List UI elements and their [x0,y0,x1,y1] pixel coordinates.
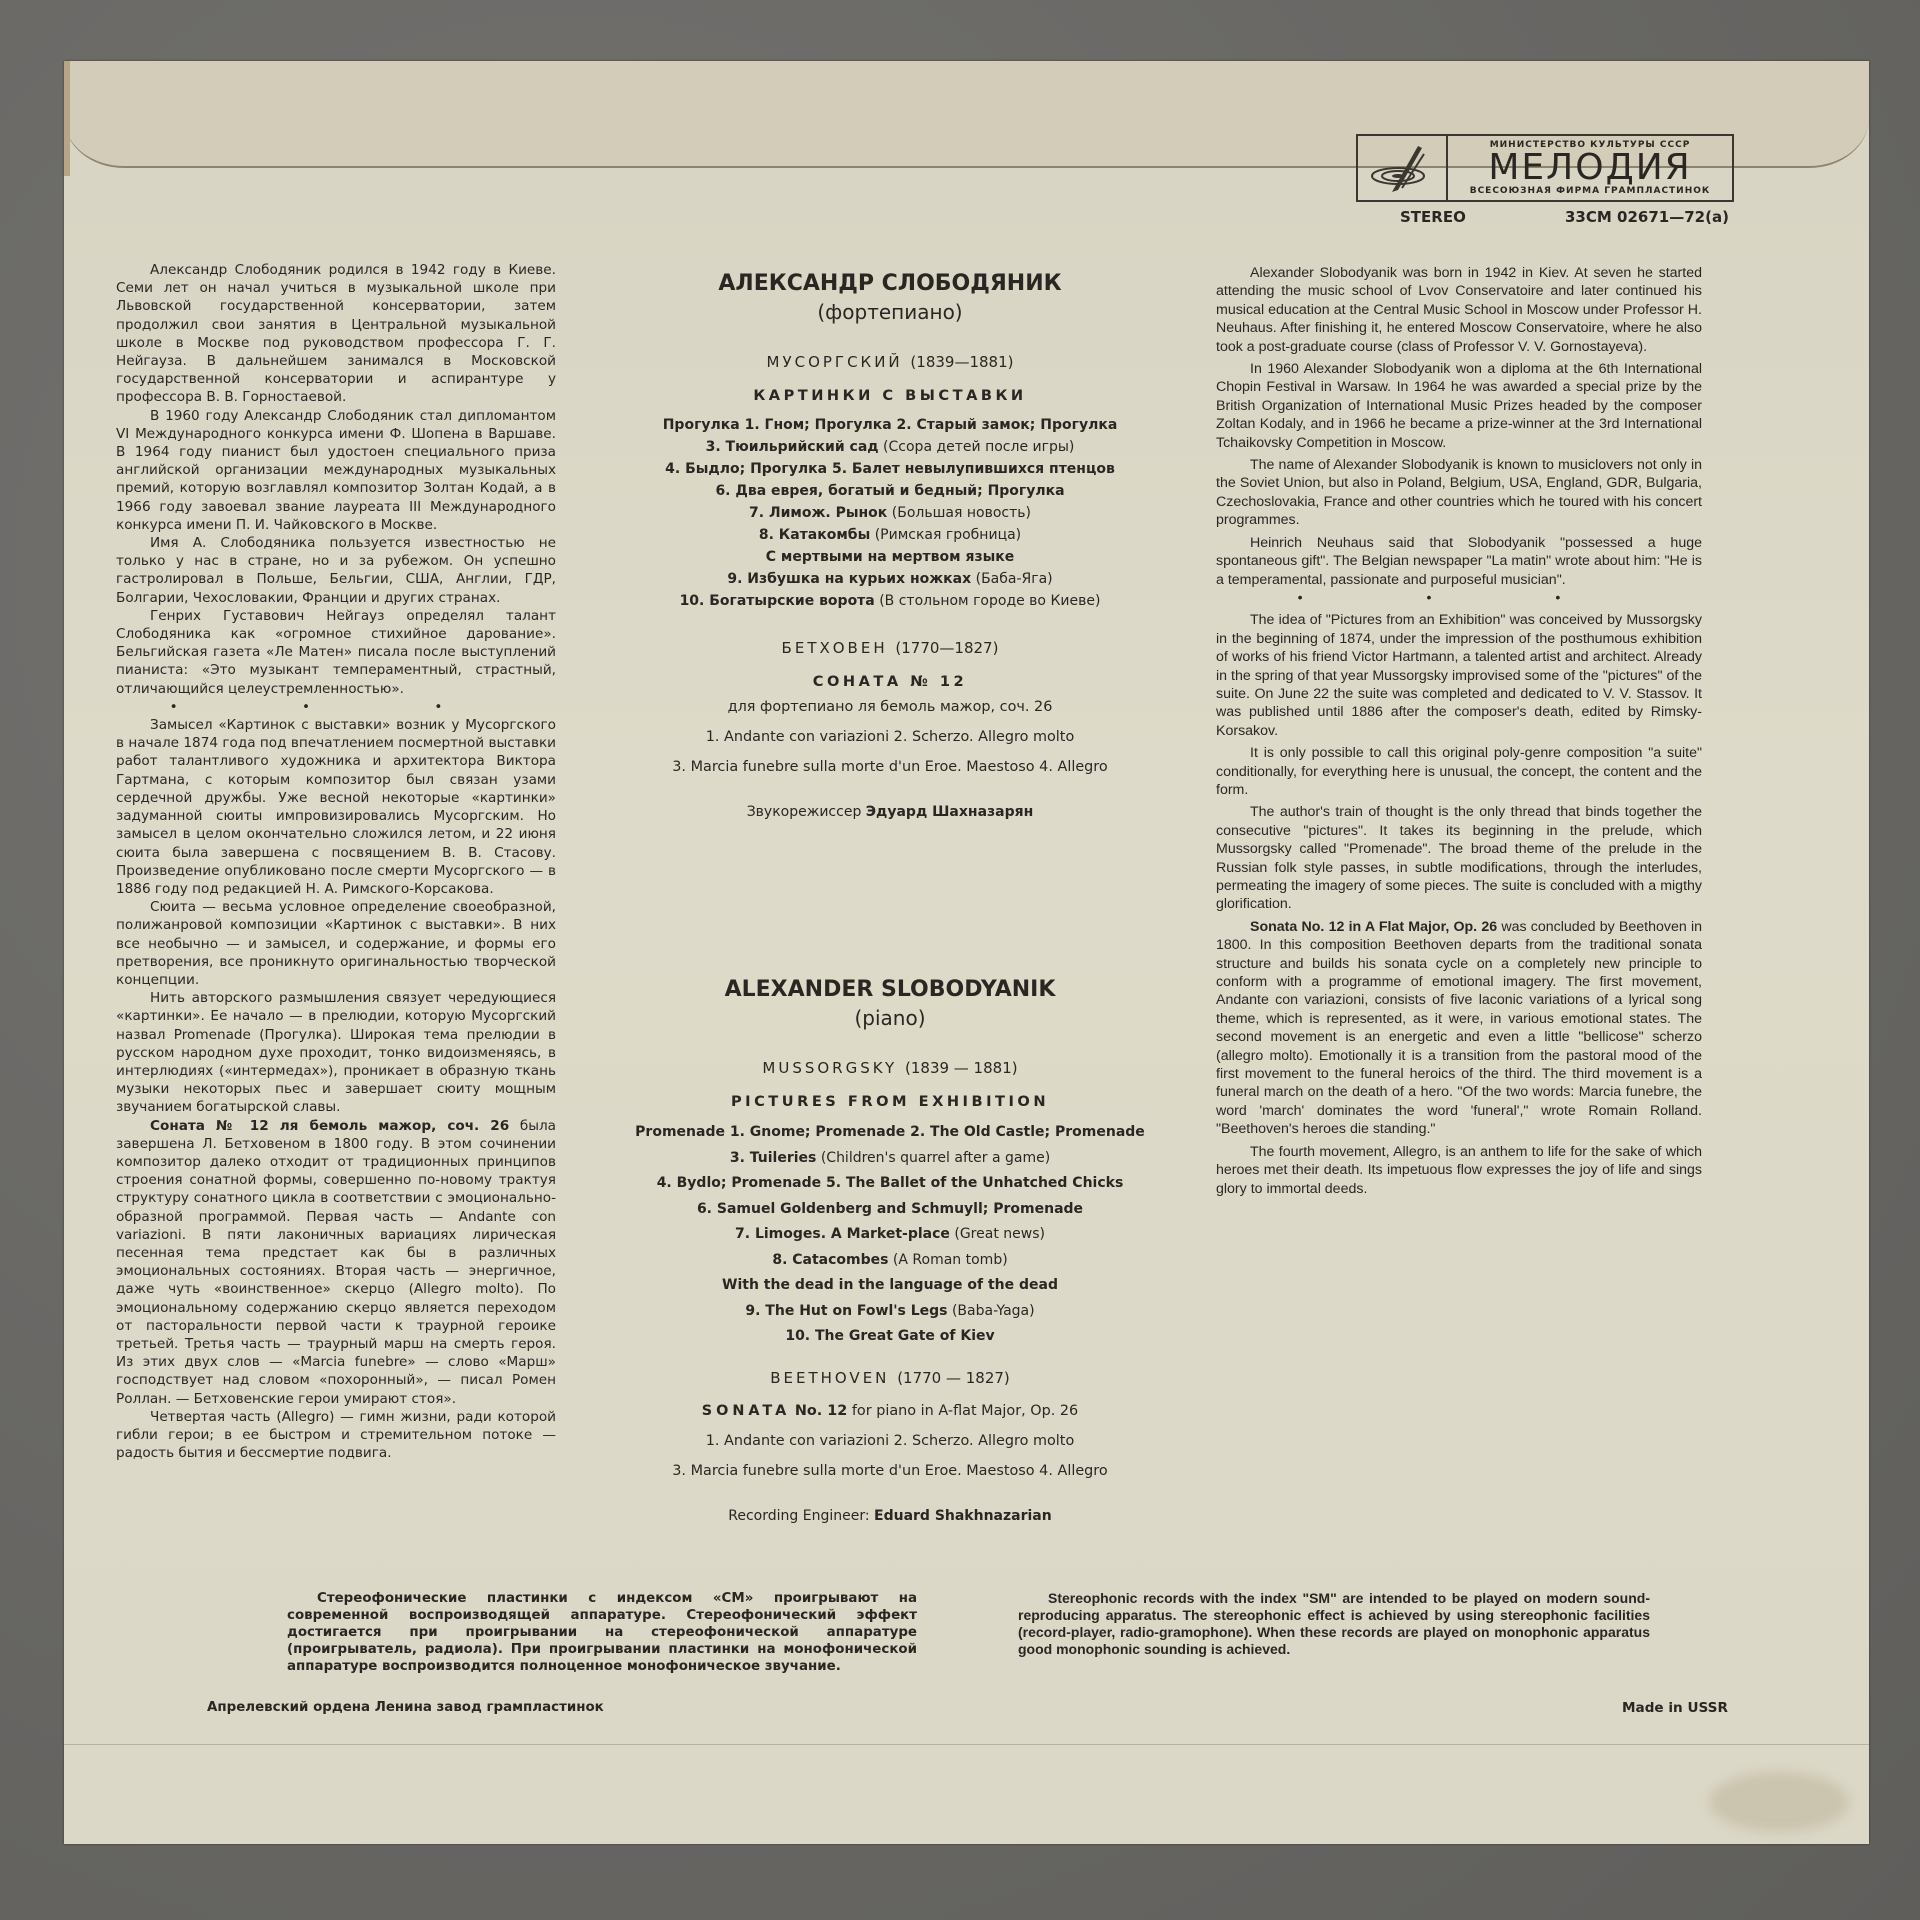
tracklist-russian: АЛЕКСАНДР СЛОБОДЯНИК (фортепиано) МУСОРГ… [580,270,1200,822]
track-line: 4. Быдло; Прогулка 5. Балет невылупивших… [580,458,1200,480]
composer-heading: MUSSORGSKY (1839 — 1881) [580,1058,1200,1078]
paragraph: In 1960 Alexander Slobodyanik won a dipl… [1216,360,1702,452]
format-label: STEREO [1400,208,1466,226]
performer-instrument: (фортепиано) [580,298,1200,326]
track-line: 3. Tuileries (Children's quarrel after a… [580,1146,1200,1172]
paragraph-sonata: Соната № 12 ля бемоль мажор, соч. 26 был… [116,1117,556,1408]
engineer-credit: Звукорежиссер Эдуард Шахназарян [580,802,1200,822]
paragraph: Alexander Slobodyanik was born in 1942 i… [1216,264,1702,356]
stereo-notice-english: Stereophonic records with the index "SM"… [1018,1590,1650,1658]
paragraph: Александр Слободяник родился в 1942 году… [116,261,556,407]
movement-line: 3. Marcia funebre sulla morte d'un Eroe.… [580,1456,1200,1486]
work-title: PICTURES FROM EXHIBITION [580,1092,1200,1112]
track-line: 8. Катакомбы (Римская гробница) [580,524,1200,546]
track-line: 10. The Great Gate of Kiev [580,1324,1200,1350]
track-line: С мертвыми на мертвом языке [580,546,1200,568]
work-title-line: SONATA No. 12 for piano in A-flat Major,… [580,1396,1200,1426]
paragraph: В 1960 году Александр Слободяник стал ди… [116,407,556,534]
paragraph: The fourth movement, Allegro, is an anth… [1216,1143,1702,1198]
paragraph: It is only possible to call this origina… [1216,744,1702,799]
composer-heading: БЕТХОВЕН (1770—1827) [580,638,1200,658]
track-line: 8. Catacombes (A Roman tomb) [580,1248,1200,1274]
section-divider: • • • [116,698,556,716]
paragraph: Сюита — весьма условное определение свое… [116,898,556,989]
paragraph: Heinrich Neuhaus said that Slobodyanik "… [1216,534,1702,589]
tracklist-english: ALEXANDER SLOBODYANIK (piano) MUSSORGSKY… [580,976,1200,1526]
work-title: СОНАТА № 12 [580,672,1200,692]
performer-instrument: (piano) [580,1004,1200,1032]
track-line: Прогулка 1. Гном; Прогулка 2. Старый зам… [580,414,1200,436]
logo-company: ВСЕСОЮЗНАЯ ФИРМА ГРАМПЛАСТИНОК [1470,186,1711,196]
track-line: 7. Limoges. A Market-place (Great news) [580,1222,1200,1248]
work-title: КАРТИНКИ С ВЫСТАВКИ [580,386,1200,406]
track-line: 9. Избушка на курьих ножках (Баба-Яга) [580,568,1200,590]
composer-heading: МУСОРГСКИЙ (1839—1881) [580,352,1200,372]
movement-line: 1. Andante con variazioni 2. Scherzo. Al… [580,722,1200,752]
track-list: Прогулка 1. Гном; Прогулка 2. Старый зам… [580,414,1200,612]
paragraph: Нить авторского размышления связует чере… [116,989,556,1116]
composer-heading: BEETHOVEN (1770 — 1827) [580,1368,1200,1388]
track-line: With the dead in the language of the dea… [580,1273,1200,1299]
paragraph: The name of Alexander Slobodyanik is kno… [1216,456,1702,530]
factory-credit: Апрелевский ордена Ленина завод грамплас… [207,1700,604,1715]
paragraph: Четвертая часть (Allegro) — гимн жизни, … [116,1408,556,1463]
liner-notes-russian: Александр Слободяник родился в 1942 году… [116,261,556,1462]
paragraph: Имя А. Слободяника пользуется известност… [116,534,556,607]
sleeve-edge-wear [64,61,70,176]
sonata-title: Sonata No. 12 in A Flat Major, Op. 26 [1250,919,1497,935]
sleeve-stain [1709,1772,1849,1832]
track-line: 6. Samuel Goldenberg and Schmuyll; Prome… [580,1197,1200,1223]
track-line: 4. Bydlo; Promenade 5. The Ballet of the… [580,1171,1200,1197]
track-line: 7. Лимож. Рынок (Большая новость) [580,502,1200,524]
made-in-label: Made in USSR [1622,1700,1728,1716]
section-divider: • • • [1216,589,1702,607]
melodiya-record-logo-icon [1358,136,1448,200]
sonata-title: Соната № 12 ля бемоль мажор, соч. 26 [150,1118,509,1134]
performer-name: ALEXANDER SLOBODYANIK [580,976,1200,1004]
movement-line: 3. Marcia funebre sulla morte d'un Eroe.… [580,752,1200,782]
engineer-credit: Recording Engineer: Eduard Shakhnazarian [580,1506,1200,1526]
paragraph-sonata: Sonata No. 12 in A Flat Major, Op. 26 wa… [1216,918,1702,1139]
paragraph: Замысел «Картинок с выставки» возник у М… [116,716,556,898]
track-line: Promenade 1. Gnome; Promenade 2. The Old… [580,1120,1200,1146]
track-line: 9. The Hut on Fowl's Legs (Baba-Yaga) [580,1299,1200,1325]
sleeve-fold-line [64,1744,1869,1745]
logo-brand: МЕЛОДИЯ [1488,150,1691,186]
melodiya-logo: МИНИСТЕРСТВО КУЛЬТУРЫ СССР МЕЛОДИЯ ВСЕСО… [1356,134,1734,202]
track-line: 3. Тюильрийский сад (Ссора детей после и… [580,436,1200,458]
track-list: Promenade 1. Gnome; Promenade 2. The Old… [580,1120,1200,1350]
track-line: 10. Богатырские ворота (В стольном город… [580,590,1200,612]
liner-notes-english: Alexander Slobodyanik was born in 1942 i… [1216,264,1702,1202]
paragraph: The author's train of thought is the onl… [1216,803,1702,913]
stereo-notice-russian: Стереофонические пластинки с индексом «С… [287,1590,917,1675]
catalog-number: 33СМ 02671—72(а) [1565,208,1729,226]
track-line: 6. Два еврея, богатый и бедный; Прогулка [580,480,1200,502]
movement-line: 1. Andante con variazioni 2. Scherzo. Al… [580,1426,1200,1456]
performer-name: АЛЕКСАНДР СЛОБОДЯНИК [580,270,1200,298]
paragraph: The idea of "Pictures from an Exhibition… [1216,611,1702,740]
paragraph: Генрих Густавович Нейгауз определял тала… [116,607,556,698]
work-subtitle: для фортепиано ля бемоль мажор, соч. 26 [580,692,1200,722]
